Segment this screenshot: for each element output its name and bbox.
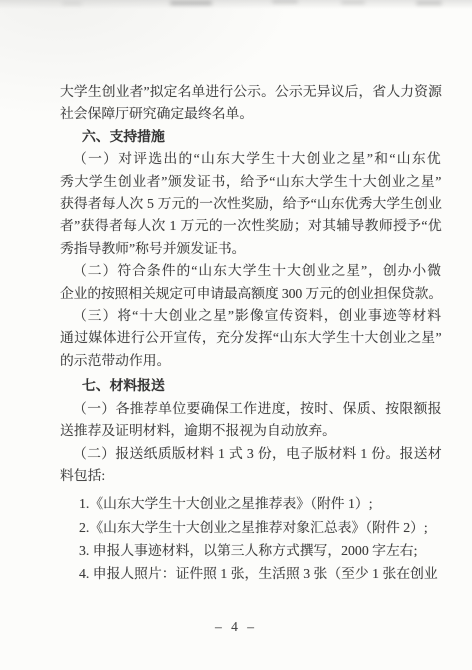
line-text: 秀大学生创业者”颁发证书，给予“山东大学生十大创业之星”	[60, 174, 442, 189]
line-text: 大学生创业者”拟定名单进行公示。公示无异议后，省人力资源	[60, 84, 442, 99]
scan-smudge	[62, 2, 82, 5]
document-page: 大学生创业者”拟定名单进行公示。公示无异议后，省人力资源社会保障厅研究确定最终名…	[0, 0, 472, 670]
document-line: （一）各推荐单位要确保工作进度，按时、保质、按限额报	[60, 398, 442, 420]
line-text: 秀指导教师”称号并颁发证书。	[60, 241, 245, 256]
line-text: 获得者每人次 5 万元的一次性奖励，给予“山东优秀大学生创业	[60, 196, 442, 211]
line-text: 社会保障厅研究确定最终名单。	[60, 106, 253, 121]
document-line: 通过媒体进行公开宣传，充分发挥“山东大学生十大创业之星”	[60, 327, 442, 349]
document-line: （二）符合条件的“山东大学生十大创业之星”，创办小微	[60, 260, 442, 282]
document-line: 七、材料报送	[60, 375, 442, 397]
document-line: 2.《山东大学生十大创业之星推荐对象汇总表》（附件 2）;	[60, 516, 442, 539]
document-line: 的示范带动作用。	[60, 350, 442, 372]
document-line: 获得者每人次 5 万元的一次性奖励，给予“山东优秀大学生创业	[60, 193, 442, 215]
document-line: 六、支持措施	[60, 126, 442, 148]
document-line: 4. 申报人照片：证件照 1 张，生活照 3 张（至少 1 张在创业	[60, 562, 442, 585]
scan-smudge	[341, 1, 365, 4]
line-text: （一）对评选出的“山东大学生十大创业之星”和“山东优	[73, 151, 442, 166]
line-text: 3. 申报人事迹材料，以第三人称方式撰写，2000 字左右;	[79, 543, 417, 558]
line-text: 通过媒体进行公开宣传，充分发挥“山东大学生十大创业之星”	[60, 330, 442, 345]
line-text: 2.《山东大学生十大创业之星推荐对象汇总表》（附件 2）;	[79, 520, 428, 535]
scan-smudge	[416, 1, 442, 5]
line-text: 企业的按照相关规定可申请最高额度 300 万元的创业担保贷款。	[60, 286, 442, 301]
document-line: 企业的按照相关规定可申请最高额度 300 万元的创业担保贷款。	[60, 283, 442, 305]
line-text: 的示范带动作用。	[60, 353, 170, 368]
line-text: （二）报送纸质版材料 1 式 3 份，电子版材料 1 份。报送材	[73, 446, 442, 461]
scan-smudge	[170, 1, 212, 5]
document-line: 3. 申报人事迹材料，以第三人称方式撰写，2000 字左右;	[60, 539, 442, 562]
line-text: （三）将“十大创业之星”影像宣传资料，创业事迹等材料	[73, 308, 442, 323]
line-text: 1.《山东大学生十大创业之星推荐表》（附件 1）;	[79, 496, 373, 511]
line-text: 七、材料报送	[82, 378, 165, 393]
document-line: （一）对评选出的“山东大学生十大创业之星”和“山东优	[60, 148, 442, 170]
line-text: 料包括:	[60, 468, 105, 483]
document-line: 送推荐及证明材料，逾期不报视为自动放弃。	[60, 420, 442, 442]
scan-smudge	[272, 0, 298, 3]
line-text: 送推荐及证明材料，逾期不报视为自动放弃。	[60, 423, 336, 438]
document-line: 者”获得者每人次 1 万元的一次性奖励；对其辅导教师授予“优	[60, 215, 442, 237]
scan-artifact-top-edge	[0, 0, 472, 9]
document-line: 秀指导教师”称号并颁发证书。	[60, 238, 442, 260]
line-text: （一）各推荐单位要确保工作进度，按时、保质、按限额报	[73, 401, 442, 416]
line-text: 者”获得者每人次 1 万元的一次性奖励；对其辅导教师授予“优	[60, 218, 442, 233]
document-line: 1.《山东大学生十大创业之星推荐表》（附件 1）;	[60, 492, 442, 515]
document-line: 料包括:	[60, 465, 442, 487]
page-number: – 4 –	[0, 619, 472, 635]
document-line: 大学生创业者”拟定名单进行公示。公示无异议后，省人力资源	[60, 81, 442, 103]
document-line: （二）报送纸质版材料 1 式 3 份，电子版材料 1 份。报送材	[60, 443, 442, 465]
document-text-block: 大学生创业者”拟定名单进行公示。公示无异议后，省人力资源社会保障厅研究确定最终名…	[60, 81, 442, 585]
document-line: 秀大学生创业者”颁发证书，给予“山东大学生十大创业之星”	[60, 171, 442, 193]
document-line: 社会保障厅研究确定最终名单。	[60, 103, 442, 125]
line-text: 4. 申报人照片：证件照 1 张，生活照 3 张（至少 1 张在创业	[79, 566, 438, 581]
line-text: 六、支持措施	[82, 129, 165, 144]
document-line: （三）将“十大创业之星”影像宣传资料，创业事迹等材料	[60, 305, 442, 327]
line-text: （二）符合条件的“山东大学生十大创业之星”，创办小微	[73, 263, 442, 278]
